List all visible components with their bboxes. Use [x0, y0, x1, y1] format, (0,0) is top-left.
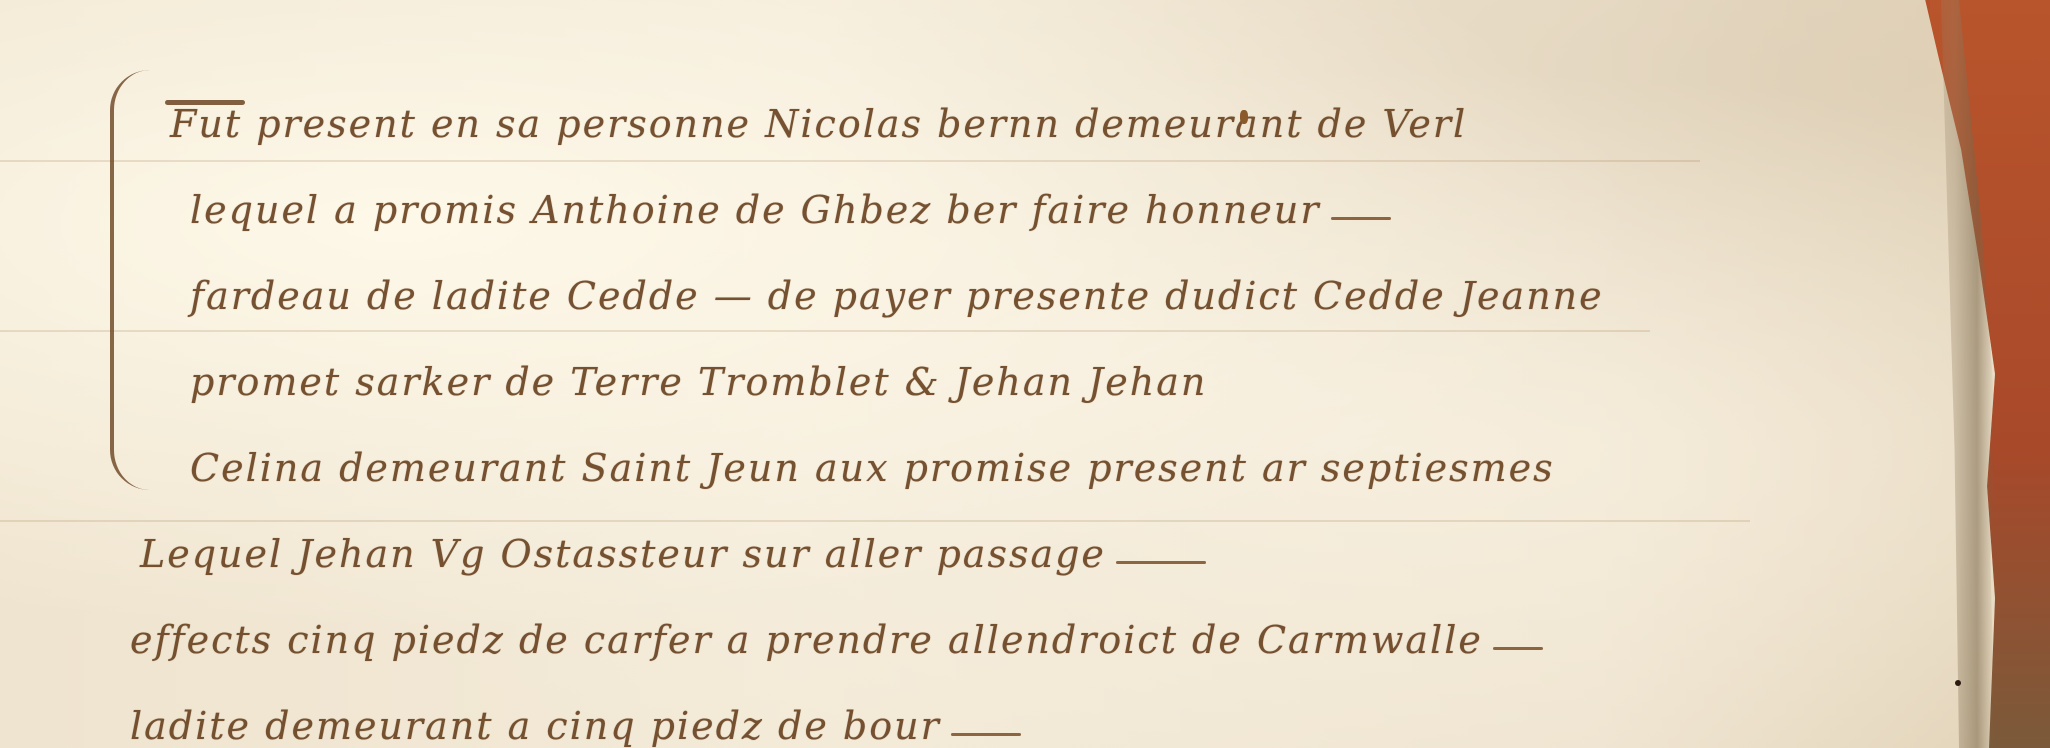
- line-filler-stroke: [951, 733, 1021, 736]
- manuscript-line: effects cinq piedz de carfer a prendre a…: [130, 576, 1950, 662]
- line-filler-stroke: [1331, 217, 1391, 220]
- line-filler-stroke: [1493, 647, 1543, 650]
- line-text: lequel a promis Anthoine de Ghbez ber fa…: [190, 188, 1321, 232]
- line-text: effects cinq piedz de carfer a prendre a…: [130, 618, 1483, 662]
- line-text: ladite demeurant a cinq piedz de bour: [130, 704, 941, 748]
- manuscript-line: fardeau de ladite Cedde — de payer prese…: [130, 232, 1950, 318]
- manuscript-line: lequel a promis Anthoine de Ghbez ber fa…: [130, 146, 1950, 232]
- ink-spot: [1955, 680, 1961, 686]
- line-text: promet sarker de Terre Tromblet & Jehan …: [190, 360, 1207, 404]
- line-text: Lequel Jehan Vg Ostassteur sur aller pas…: [140, 532, 1106, 576]
- manuscript-line: Celina demeurant Saint Jeun aux promise …: [130, 404, 1950, 490]
- manuscript-line: promet sarker de Terre Tromblet & Jehan …: [130, 318, 1950, 404]
- ink-spot: [1240, 110, 1248, 124]
- manuscript-text: Fut present en sa personne Nicolas bernn…: [130, 60, 1950, 748]
- line-text: fardeau de ladite Cedde — de payer prese…: [190, 274, 1604, 318]
- manuscript-line: ladite demeurant a cinq piedz de bour: [130, 662, 1950, 748]
- line-text: Celina demeurant Saint Jeun aux promise …: [190, 446, 1555, 490]
- manuscript-line: Fut present en sa personne Nicolas bernn…: [130, 60, 1950, 146]
- manuscript-line: Lequel Jehan Vg Ostassteur sur aller pas…: [130, 490, 1950, 576]
- line-filler-stroke: [1116, 561, 1206, 564]
- line-text: Fut present en sa personne Nicolas bernn…: [170, 102, 1467, 146]
